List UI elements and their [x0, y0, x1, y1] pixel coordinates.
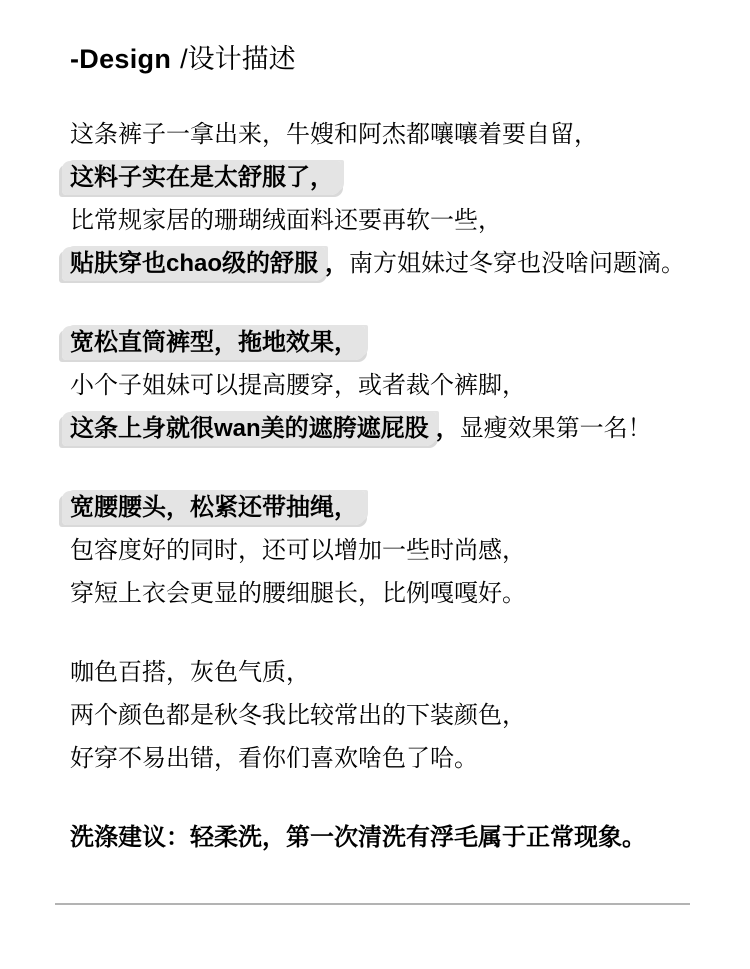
body-text: 这条裤子一拿出来，牛嫂和阿杰都嚷嚷着要自留， — [70, 121, 598, 148]
body-text: ， — [325, 250, 349, 277]
text-line: 两个颜色都是秋冬我比较常出的下装颜色， — [70, 694, 720, 737]
body-text: 小个子姐妹可以提高腰穿，或者裁个裤脚， — [70, 372, 526, 399]
title-english: -Design — [70, 44, 171, 74]
paragraph-silhouette: 宽松直筒裤型，拖地效果， 小个子姐妹可以提高腰穿，或者裁个裤脚， 这条上身就很w… — [70, 321, 720, 450]
highlighted-phrase: 宽松直筒裤型，拖地效果， — [62, 326, 365, 360]
body-text: 咖色百搭，灰色气质， — [70, 659, 310, 686]
text-line: 这条裤子一拿出来，牛嫂和阿杰都嚷嚷着要自留， — [70, 113, 720, 156]
highlighted-phrase: 宽腰腰头，松紧还带抽绳， — [62, 491, 365, 525]
text-line: 宽松直筒裤型，拖地效果， — [70, 321, 720, 364]
text-line: 宽腰腰头，松紧还带抽绳， — [70, 486, 720, 529]
body-text: ， — [436, 415, 460, 442]
body-text: 两个颜色都是秋冬我比较常出的下装颜色， — [70, 702, 526, 729]
text-line: 小个子姐妹可以提高腰穿，或者裁个裤脚， — [70, 364, 720, 407]
body-text: 比常规家居的珊瑚绒面料还要再软一些， — [70, 207, 502, 234]
text-line: 咖色百搭，灰色气质， — [70, 651, 720, 694]
body-text: 南方姐妹过冬穿也没啥问题滴。 — [349, 250, 685, 277]
design-description-page: -Design/设计描述 这条裤子一拿出来，牛嫂和阿杰都嚷嚷着要自留， 这料子实… — [0, 0, 750, 969]
text-line: 这料子实在是太舒服了， — [70, 156, 720, 199]
page-title: -Design/设计描述 — [70, 41, 720, 77]
bottom-divider — [55, 903, 690, 905]
highlighted-phrase: 这料子实在是太舒服了， — [62, 161, 341, 195]
body-text: 好穿不易出错，看你们喜欢啥色了哈。 — [70, 745, 478, 772]
body-text: 包容度好的同时，还可以增加一些时尚感， — [70, 537, 526, 564]
highlighted-phrase: 这条上身就很wan美的遮胯遮屁股 — [62, 412, 436, 446]
text-line: 包容度好的同时，还可以增加一些时尚感， — [70, 529, 720, 572]
highlighted-phrase: 贴肤穿也chao级的舒服 — [62, 247, 325, 281]
body-text: 显瘦效果第一名！ — [460, 415, 652, 442]
paragraph-colors: 咖色百搭，灰色气质， 两个颜色都是秋冬我比较常出的下装颜色， 好穿不易出错，看你… — [70, 651, 720, 780]
text-line: 比常规家居的珊瑚绒面料还要再软一些， — [70, 199, 720, 242]
text-line: 好穿不易出错，看你们喜欢啥色了哈。 — [70, 737, 720, 780]
paragraph-fabric: 这条裤子一拿出来，牛嫂和阿杰都嚷嚷着要自留， 这料子实在是太舒服了， 比常规家居… — [70, 113, 720, 285]
title-chinese: /设计描述 — [180, 44, 296, 74]
care-instructions: 洗涤建议：轻柔洗，第一次清洗有浮毛属于正常现象。 — [70, 816, 720, 859]
body-text: 穿短上衣会更显的腰细腿长，比例嘎嘎好。 — [70, 580, 526, 607]
text-line: 贴肤穿也chao级的舒服，南方姐妹过冬穿也没啥问题滴。 — [70, 242, 720, 285]
text-line: 这条上身就很wan美的遮胯遮屁股，显瘦效果第一名！ — [70, 407, 720, 450]
paragraph-waistband: 宽腰腰头，松紧还带抽绳， 包容度好的同时，还可以增加一些时尚感， 穿短上衣会更显… — [70, 486, 720, 615]
text-line: 穿短上衣会更显的腰细腿长，比例嘎嘎好。 — [70, 572, 720, 615]
